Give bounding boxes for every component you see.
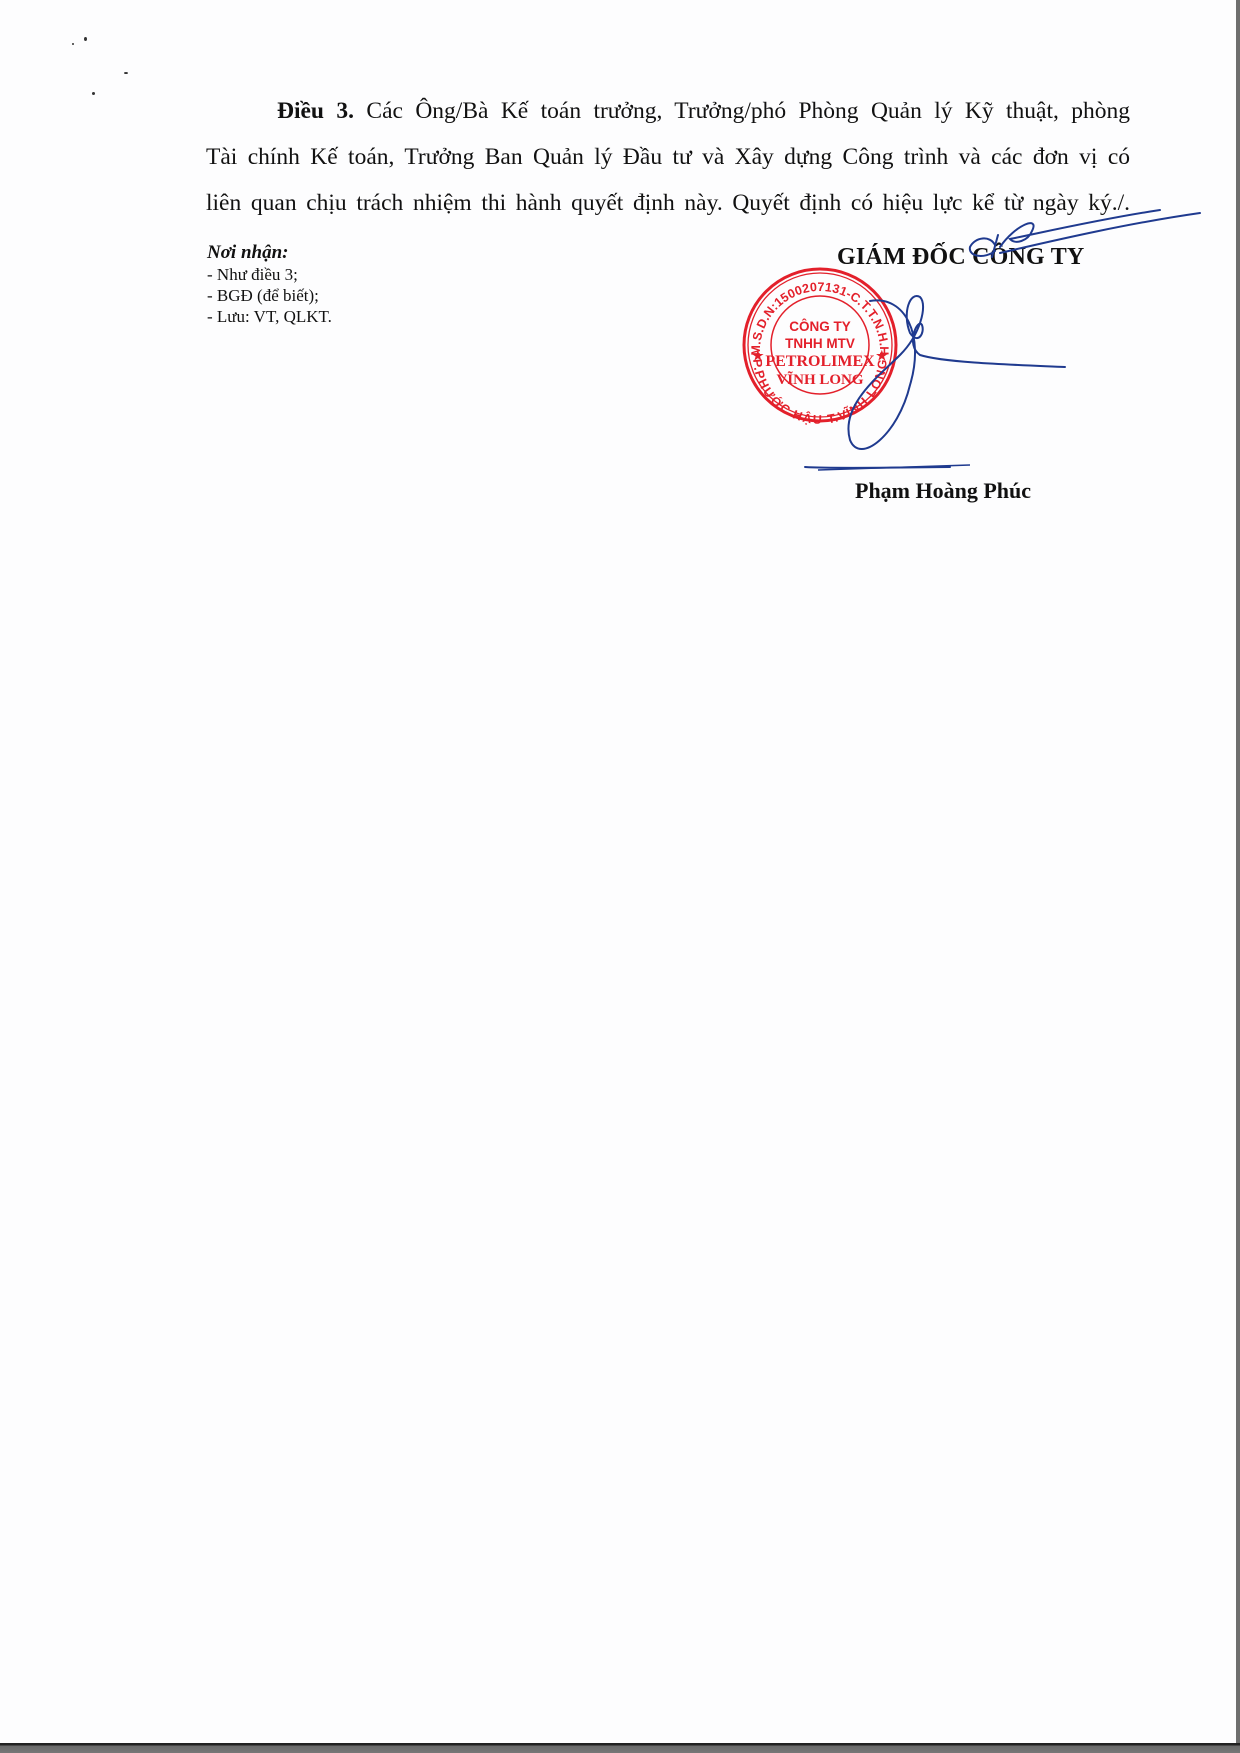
svg-text:VĨNH LONG: VĨNH LONG — [776, 370, 863, 388]
article-line-2: Tài chính Kế toán, Trưởng Ban Quản lý Đầ… — [206, 134, 1130, 180]
star-icon: ★ — [876, 348, 888, 363]
scan-border-bottom — [0, 1743, 1240, 1753]
scan-border-right — [1236, 0, 1240, 1753]
svg-text:TNHH MTV: TNHH MTV — [785, 336, 855, 351]
scan-speck — [72, 43, 74, 45]
article-line-1: Điều 3. Các Ông/Bà Kế toán trưởng, Trưởn… — [206, 88, 1130, 134]
recipients-block: Nơi nhận: - Như điều 3; - BGĐ (để biết);… — [207, 242, 332, 327]
company-seal-stamp: M.S.D.N:1500207131-C.T.T.N.H.H P.PHƯỚC H… — [740, 265, 900, 425]
recipient-item: - Như điều 3; — [207, 264, 332, 285]
scan-speck — [84, 37, 87, 41]
recipients-heading: Nơi nhận: — [207, 242, 332, 264]
signer-name: Phạm Hoàng Phúc — [855, 478, 1031, 504]
star-icon: ★ — [752, 348, 764, 363]
document-page: Điều 3. Các Ông/Bà Kế toán trưởng, Trưởn… — [0, 0, 1236, 1743]
svg-text:CÔNG TY: CÔNG TY — [789, 319, 851, 334]
scan-speck — [92, 92, 95, 95]
svg-text:PETROLIMEX: PETROLIMEX — [765, 353, 875, 370]
recipient-item: - Lưu: VT, QLKT. — [207, 306, 332, 327]
article-label: Điều 3. — [277, 98, 354, 124]
recipient-item: - BGĐ (để biết); — [207, 285, 332, 306]
article-line-3: liên quan chịu trách nhiệm thi hành quyế… — [206, 180, 1130, 226]
scan-speck — [124, 72, 128, 74]
article-3-paragraph: Điều 3. Các Ông/Bà Kế toán trưởng, Trưởn… — [206, 88, 1130, 226]
